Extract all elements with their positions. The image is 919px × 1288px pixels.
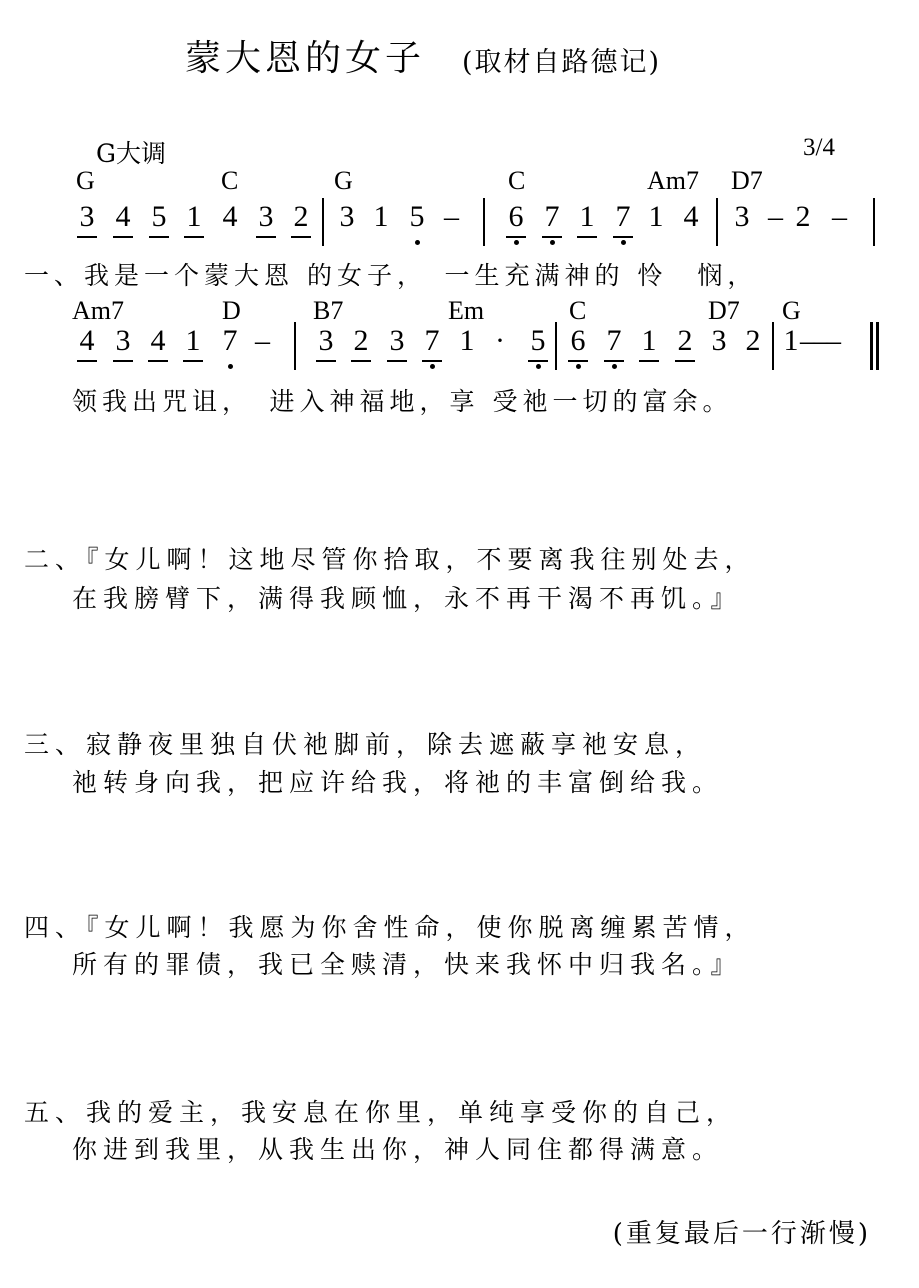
lyrics-line-1: 一、我是一个蒙大恩 的女子， 一生充满神的 怜 悯， [24, 256, 757, 292]
song-subtitle: (取材自路德记) [462, 40, 661, 79]
chord: G [76, 166, 95, 196]
note: 4 [219, 202, 241, 232]
barline [322, 198, 324, 246]
barline [772, 322, 774, 370]
note: 5 [148, 202, 170, 232]
note: 1 [780, 326, 802, 356]
note: 7 [612, 202, 634, 232]
chord: D [222, 296, 241, 326]
dash: – [832, 202, 847, 232]
note: 3 [708, 326, 730, 356]
barline [716, 198, 718, 246]
note: 3 [315, 326, 337, 356]
final-barline [876, 322, 879, 370]
barline [873, 198, 875, 246]
chord: Am7 [647, 166, 699, 196]
chord: D7 [731, 166, 763, 196]
note: 4 [147, 326, 169, 356]
final-barline [870, 322, 873, 370]
barline [294, 322, 296, 370]
note: 4 [680, 202, 702, 232]
note: 3 [112, 326, 134, 356]
verse-3-line-2: 祂转身向我，把应许给我，将祂的丰富倒给我。 [72, 763, 723, 799]
note: 3 [731, 202, 753, 232]
note: 7 [421, 326, 443, 356]
note: 2 [674, 326, 696, 356]
song-title: 蒙大恩的女子 [185, 30, 425, 81]
barline [555, 322, 557, 370]
note: 1 [638, 326, 660, 356]
note: 2 [290, 202, 312, 232]
chord: Am7 [72, 296, 124, 326]
dash: – [444, 202, 459, 232]
note: 5 [406, 202, 428, 232]
chord: C [569, 296, 586, 326]
dash: – [768, 202, 783, 232]
dash: ––– [800, 326, 839, 356]
note: 5 [527, 326, 549, 356]
note: 3 [386, 326, 408, 356]
chord: G [782, 296, 801, 326]
note: 1 [576, 202, 598, 232]
verse-5-line-1: 五、我的爱主，我安息在你里，单纯享受你的自己， [24, 1093, 737, 1129]
note: 2 [742, 326, 764, 356]
note: 7 [541, 202, 563, 232]
note: 2 [350, 326, 372, 356]
verse-4-line-1: 四、『女儿啊！我愿为你舍性命，使你脱离缠累苦情， [24, 908, 756, 944]
note: 1 [645, 202, 667, 232]
performance-note: (重复最后一行渐慢) [613, 1213, 871, 1250]
note: 4 [112, 202, 134, 232]
verse-4-line-2: 所有的罪债，我已全赎清，快来我怀中归我名。』 [72, 945, 742, 981]
note: 3 [336, 202, 358, 232]
note: 1 [182, 326, 204, 356]
chord: Em [448, 296, 484, 326]
note: 7 [219, 326, 241, 356]
verse-2-line-1: 二、『女儿啊！这地尽管你拾取，不要离我往别处去， [24, 540, 756, 576]
chord: B7 [313, 296, 343, 326]
time-signature: 3/4 [803, 134, 835, 162]
verse-3-line-1: 三、寂静夜里独自伏祂脚前，除去遮蔽享祂安息， [24, 725, 706, 761]
note: 1 [456, 326, 478, 356]
verse-5-line-2: 你进到我里，从我生出你，神人同住都得满意。 [72, 1130, 723, 1166]
chord: C [221, 166, 238, 196]
dash: – [255, 326, 270, 356]
lyrics-line-2: 领我出咒诅， 进入神福地，享 受祂一切的富余。 [72, 382, 732, 418]
note: 6 [505, 202, 527, 232]
barline [483, 198, 485, 246]
note: 3 [255, 202, 277, 232]
verse-2-line-2: 在我膀臂下，满得我顾恤，永不再干渴不再饥。』 [72, 579, 742, 615]
note: 4 [76, 326, 98, 356]
chord: D7 [708, 296, 740, 326]
note: 1 [370, 202, 392, 232]
chord: G [334, 166, 353, 196]
dot: · [495, 326, 505, 356]
note: 7 [603, 326, 625, 356]
note: 6 [567, 326, 589, 356]
key-signature: G大调 [96, 134, 166, 170]
note: 1 [183, 202, 205, 232]
note: 3 [76, 202, 98, 232]
note: 2 [792, 202, 814, 232]
chord: C [508, 166, 525, 196]
